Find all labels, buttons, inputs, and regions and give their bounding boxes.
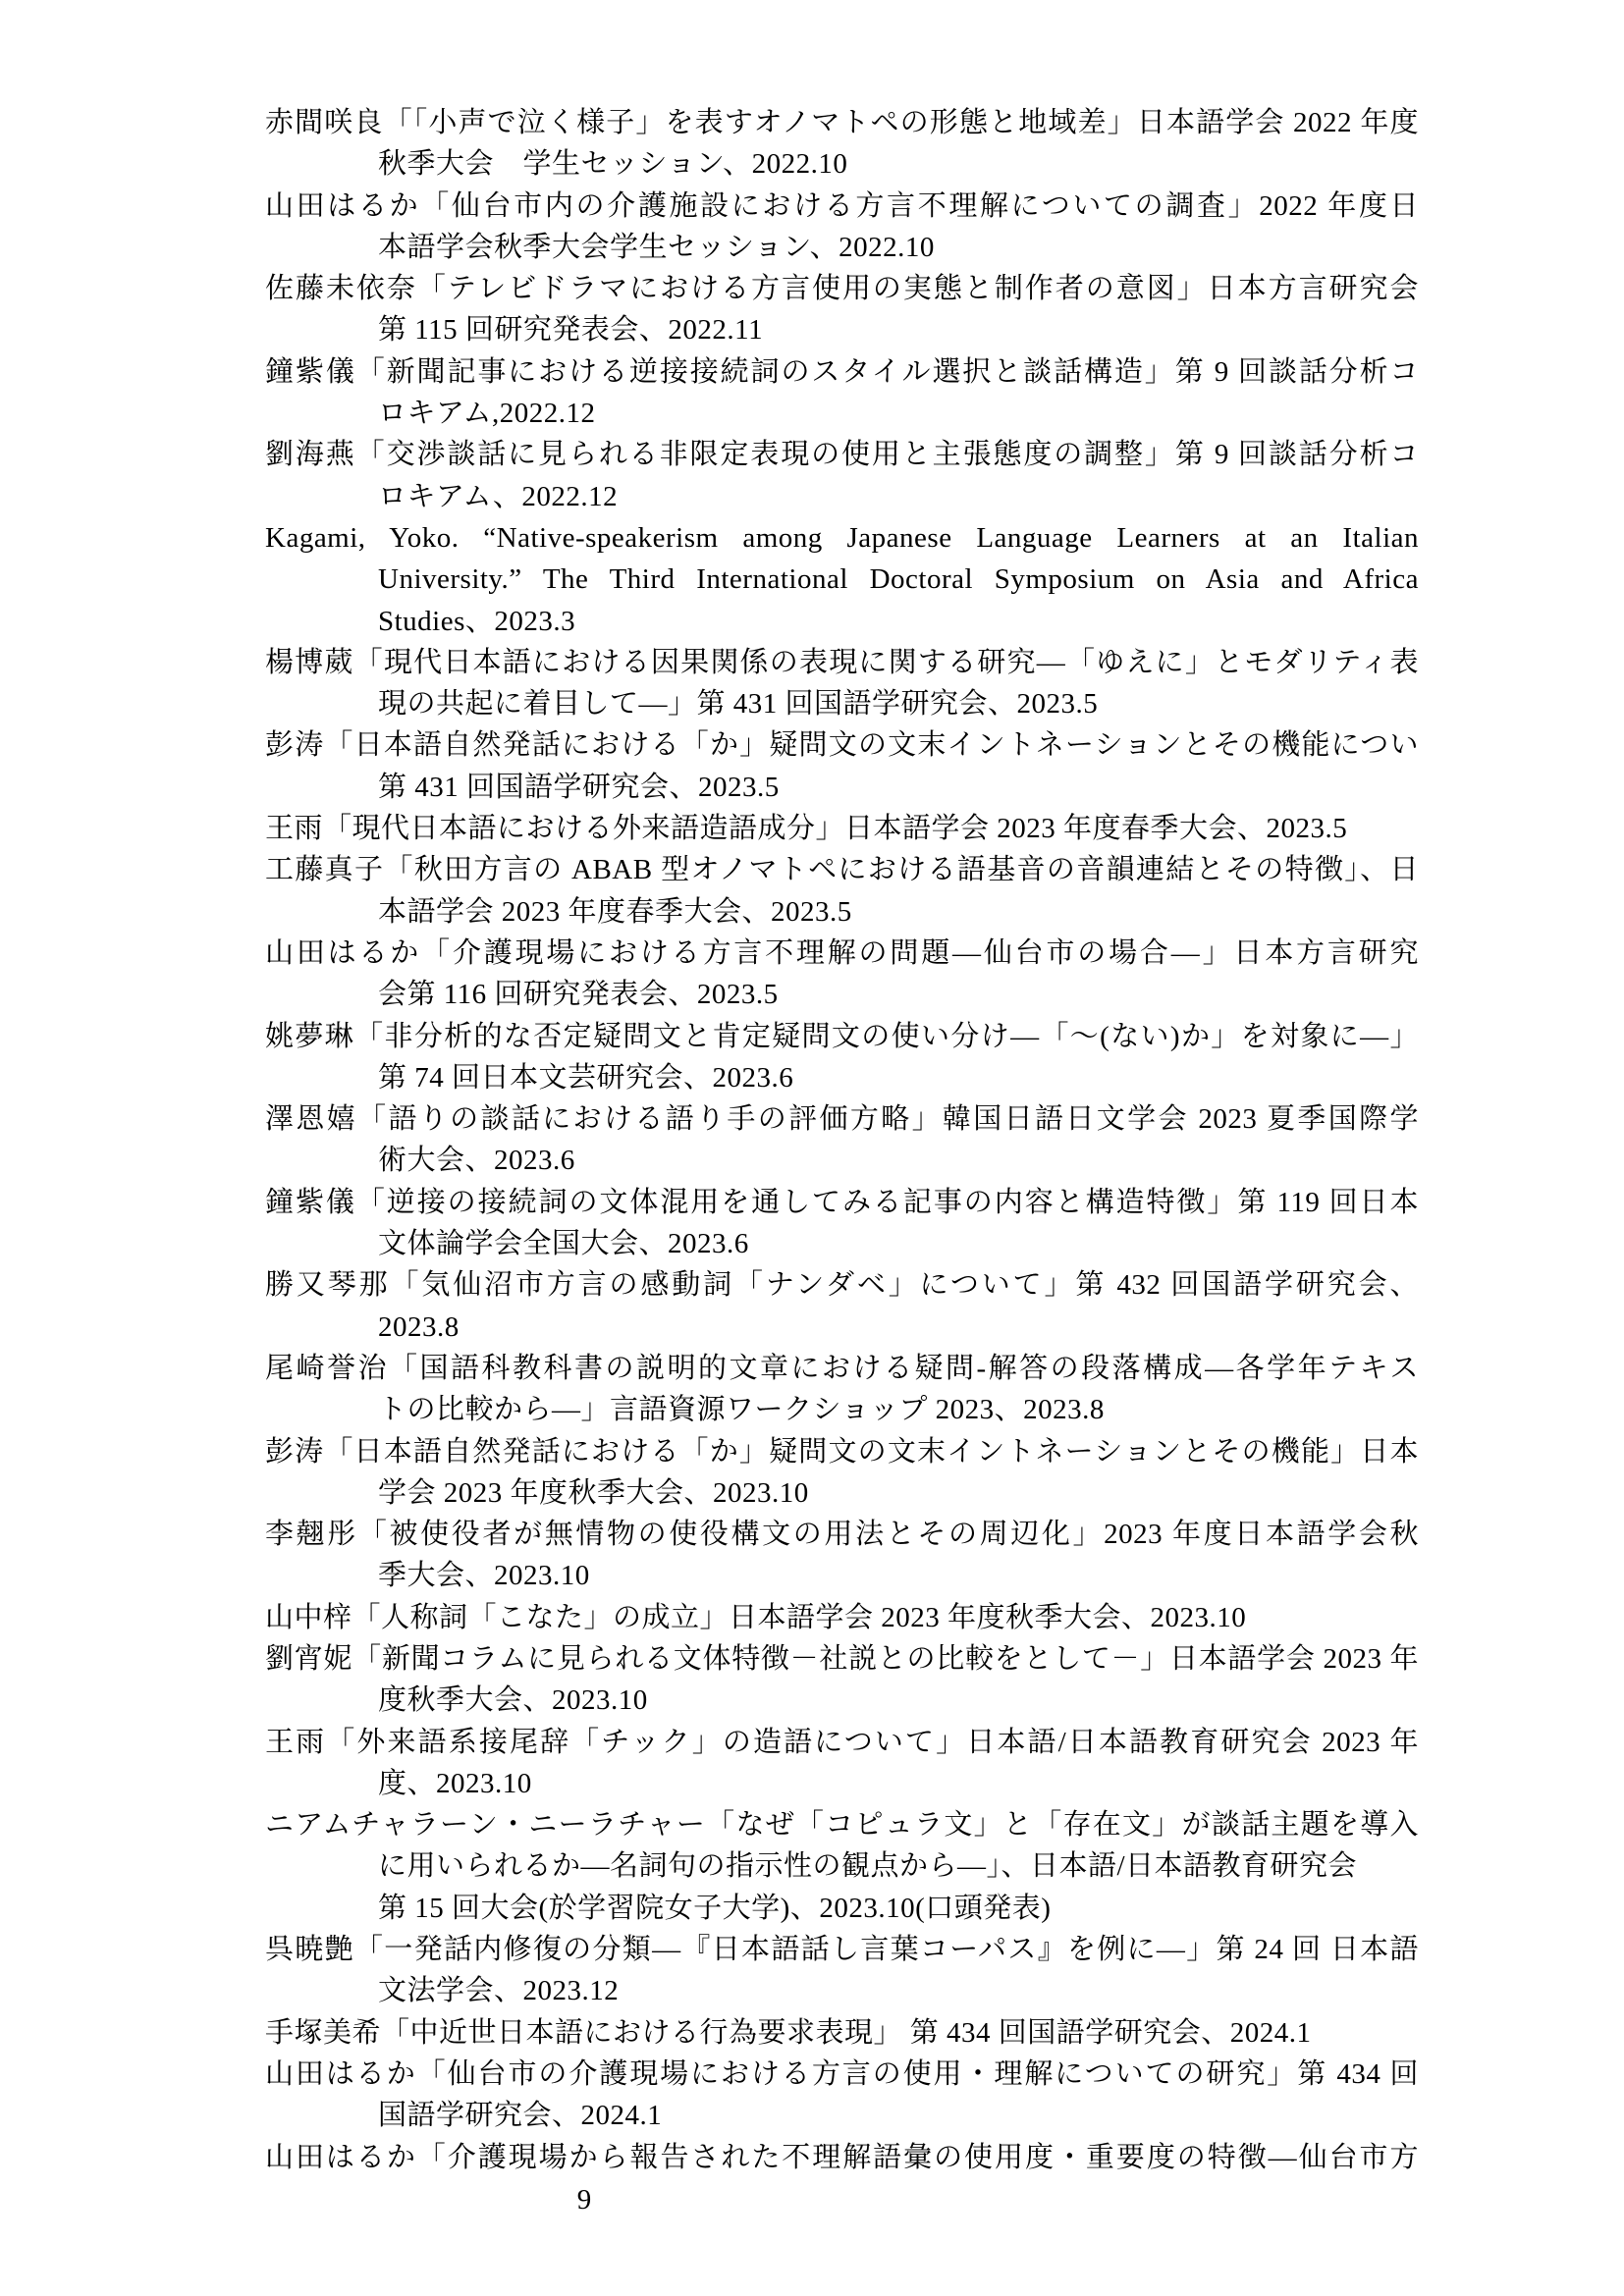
entry-line: University.” The Third International Doc… [378, 559, 1419, 600]
entry-line: 国語学研究会、2024.1 [378, 2095, 1419, 2136]
entry-line: 第 74 回日本文芸研究会、2023.6 [378, 1057, 1419, 1098]
entry-line: 2023.8 [378, 1307, 1419, 1348]
entry-line: 山田はるか「仙台市の介護現場における方言の使用・理解についての研究」第 434 … [265, 2054, 1419, 2095]
entry-line: 学会 2023 年度秋季大会、2023.10 [378, 1472, 1419, 1514]
entry-line: 度、2023.10 [378, 1763, 1419, 1804]
entry-line: 勝又琴那「気仙沼市方言の感動詞「ナンダベ」について」第 432 回国語学研究会、 [265, 1264, 1419, 1306]
entry-line: 度秋季大会、2023.10 [378, 1680, 1419, 1721]
entry-line: 現の共起に着目して―」第 431 回国語学研究会、2023.5 [378, 683, 1419, 724]
entry-line: 彭涛「日本語自然発話における「か」疑問文の文末イントネーションとその機能について… [265, 724, 1419, 766]
entry-line: 山田はるか「介護現場における方言不理解の問題―仙台市の場合―」日本方言研究 [265, 933, 1419, 974]
entry-line: ロキアム、2022.12 [378, 476, 1419, 517]
entry-line: 本語学会秋季大会学生セッション、2022.10 [378, 227, 1419, 268]
entry-line: Studies、2023.3 [378, 601, 1419, 642]
entry-line: 赤間咲良「「小声で泣く様子」を表すオノマトペの形態と地域差」日本語学会 2022… [265, 102, 1419, 143]
entry-line: 劉海燕「交渉談話に見られる非限定表現の使用と主張態度の調整」第 9 回談話分析コ [265, 434, 1419, 475]
entry-line: Kagami, Yoko. “Native-speakerism among J… [265, 517, 1419, 559]
entry-line: 鐘紫儀「逆接の接続詞の文体混用を通してみる記事の内容と構造特徴」第 119 回日… [265, 1182, 1419, 1223]
entry-line: 山田はるか「介護現場から報告された不理解語彙の使用度・重要度の特徴―仙台市方 [265, 2137, 1419, 2178]
entry-line: 劉宵妮「新聞コラムに見られる文体特徴－社説との比較をとして－」日本語学会 202… [265, 1638, 1419, 1680]
entry-line: 文体論学会全国大会、2023.6 [378, 1223, 1419, 1264]
entry-line: ニアムチャラーン・ニーラチャー「なぜ「コピュラ文」と「存在文」が談話主題を導入す… [265, 1804, 1419, 1845]
entry-line: に用いられるか―名詞句の指示性の観点から―」、日本語/日本語教育研究会 [378, 1845, 1419, 1887]
entry-line: 山中梓「人称詞「こなた」の成立」日本語学会 2023 年度秋季大会、2023.1… [265, 1597, 1419, 1638]
entry-line: 山田はるか「仙台市内の介護施設における方言不理解についての調査」2022 年度日 [265, 186, 1419, 227]
entry-line: 文法学会、2023.12 [378, 1970, 1419, 2011]
entry-line: 本語学会 2023 年度春季大会、2023.5 [378, 891, 1419, 933]
entry-line: トの比較から―」言語資源ワークショップ 2023、2023.8 [378, 1389, 1419, 1430]
entry-line: 姚夢琳「非分析的な否定疑問文と肯定疑問文の使い分け―「～(ない)か」を対象に―」 [265, 1016, 1419, 1057]
entry-line: ロキアム,2022.12 [378, 393, 1419, 434]
entry-line: 呉暁艶「一発話内修復の分類―『日本語話し言葉コーパス』を例に―」第 24 回 日… [265, 1929, 1419, 1970]
entry-line: 第 15 回大会(於学習院女子大学)、2023.10(口頭発表) [378, 1888, 1419, 1929]
entry-line: 第 115 回研究発表会、2022.11 [378, 309, 1419, 350]
entry-line: 術大会、2023.6 [378, 1140, 1419, 1181]
entry-line: 季大会、2023.10 [378, 1555, 1419, 1596]
entry-line: 楊博葳「現代日本語における因果関係の表現に関する研究―「ゆえに」とモダリティ表 [265, 642, 1419, 683]
entry-line: 工藤真子「秋田方言の ABAB 型オノマトペにおける語基音の音韻連結とその特徴」… [265, 849, 1419, 890]
entry-line: 彭涛「日本語自然発話における「か」疑問文の文末イントネーションとその機能」日本語 [265, 1431, 1419, 1472]
entry-line: 李翹彤「被使役者が無情物の使役構文の用法とその周辺化」2023 年度日本語学会秋 [265, 1514, 1419, 1555]
entry-line: 会第 116 回研究発表会、2023.5 [378, 974, 1419, 1015]
entry-line: 尾崎誉治「国語科教科書の説明的文章における疑問-解答の段落構成―各学年テキス [265, 1348, 1419, 1389]
entry-line: 鐘紫儀「新聞記事における逆接接続詞のスタイル選択と談話構造」第 9 回談話分析コ [265, 351, 1419, 393]
entry-line: 澤恩嬉「語りの談話における語り手の評価方略」韓国日語日文学会 2023 夏季国際… [265, 1098, 1419, 1140]
entry-line: 第 431 回国語学研究会、2023.5 [378, 767, 1419, 808]
entry-line: 手塚美希「中近世日本語における行為要求表現」 第 434 回国語学研究会、202… [265, 2012, 1419, 2054]
document-page: 赤間咲良「「小声で泣く様子」を表すオノマトペの形態と地域差」日本語学会 2022… [0, 0, 1624, 2296]
entry-line: 佐藤未依奈「テレビドラマにおける方言使用の実態と制作者の意図」日本方言研究会 [265, 268, 1419, 309]
page-number: 9 [550, 2179, 619, 2220]
entry-line: 王雨「外来語系接尾辞「チック」の造語について」日本語/日本語教育研究会 2023… [265, 1722, 1419, 1763]
entry-line: 王雨「現代日本語における外来語造語成分」日本語学会 2023 年度春季大会、20… [265, 808, 1419, 849]
entry-line: 秋季大会 学生セッション、2022.10 [378, 143, 1419, 185]
publication-list: 赤間咲良「「小声で泣く様子」を表すオノマトペの形態と地域差」日本語学会 2022… [265, 102, 1419, 2178]
